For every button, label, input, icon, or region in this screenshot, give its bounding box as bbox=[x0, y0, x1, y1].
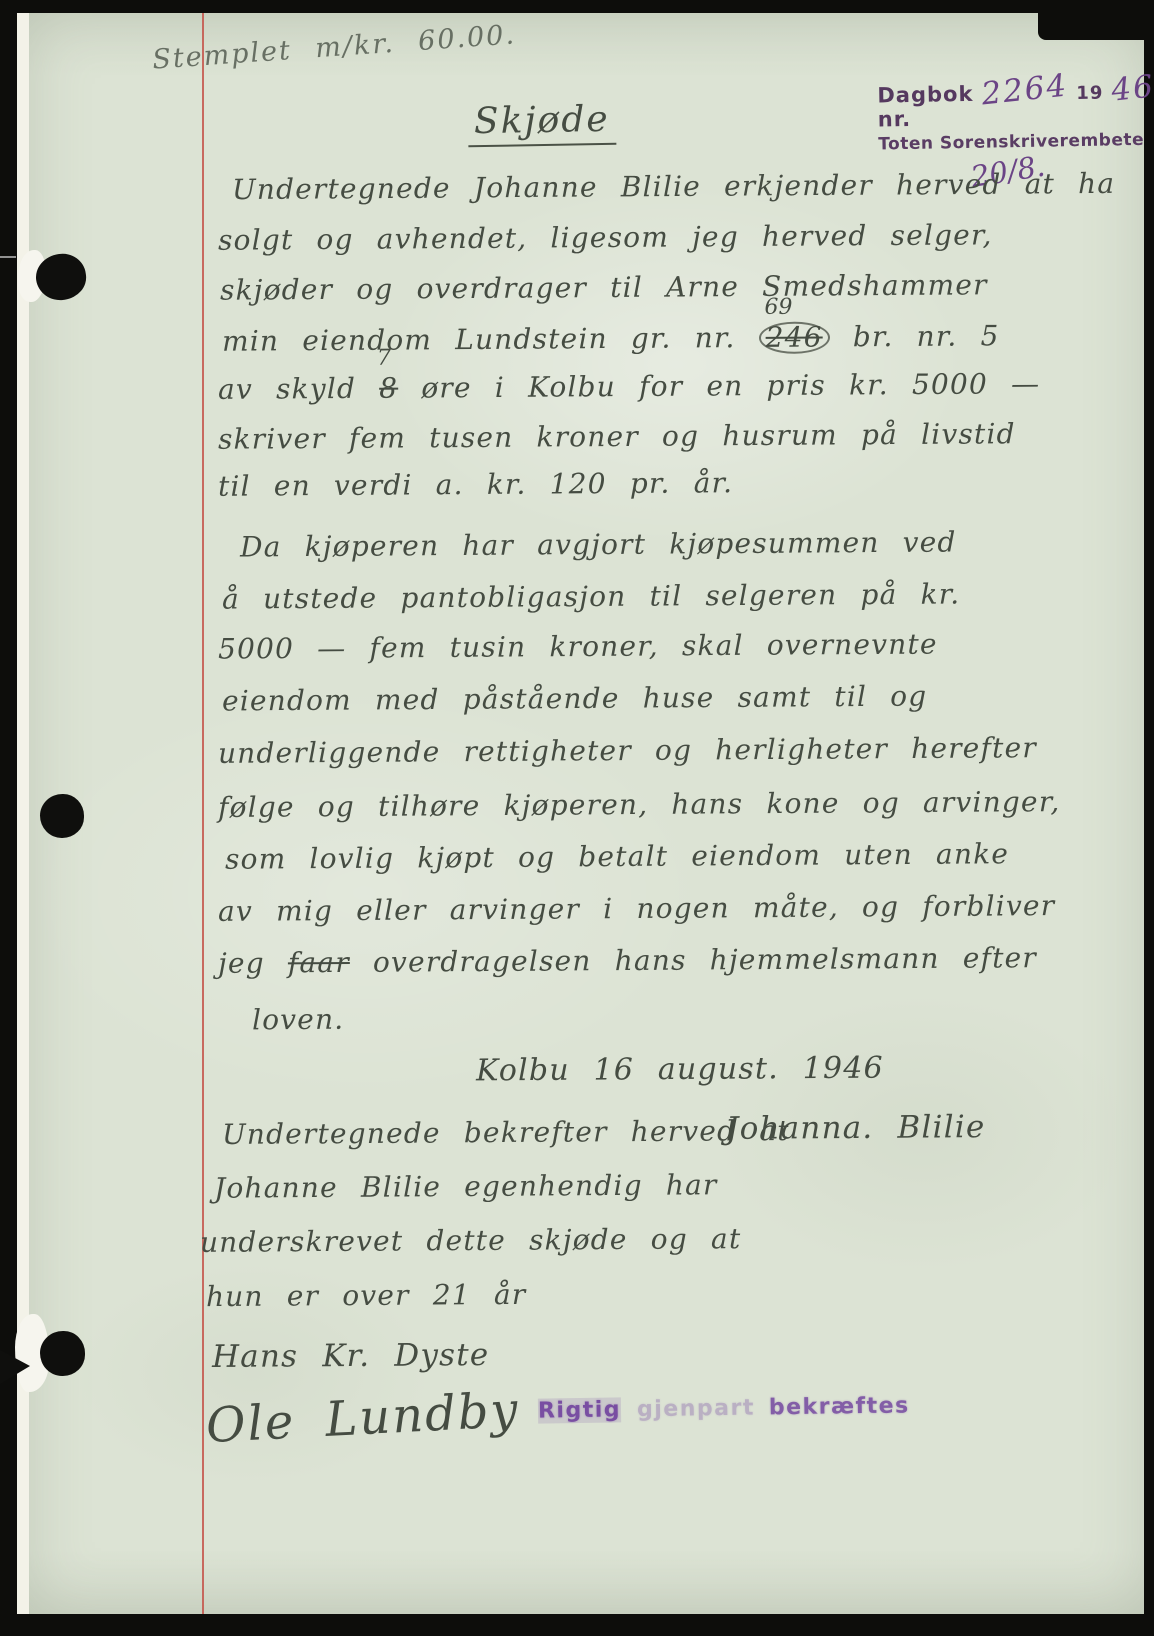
punch-hole-middle bbox=[40, 794, 84, 838]
daybook-label: Dagbok nr. bbox=[877, 82, 974, 132]
correction-above: 69 bbox=[764, 295, 792, 320]
deed-line: 5000 — fem tusin kroner, skal overnevnte bbox=[218, 627, 938, 665]
daybook-year-written: 46. bbox=[1110, 67, 1154, 109]
strikethrough-word: faar bbox=[288, 946, 350, 979]
daybook-office: Toten Sorenskriverembete bbox=[878, 129, 1154, 154]
attestation-line: underskrevet dette skjøde og at bbox=[200, 1222, 742, 1259]
deed-line: solgt og avhendet, ligesom jeg herved se… bbox=[218, 218, 993, 256]
deed-line: av skyld 87 øre i Kolbu for en pris kr. … bbox=[218, 367, 1040, 406]
scan-border-left bbox=[0, 0, 17, 1636]
strikethrough-number: 246 bbox=[759, 321, 830, 353]
deed-line: loven. bbox=[252, 1003, 345, 1037]
attestation-line: Undertegnede bekrefter herved at bbox=[222, 1114, 790, 1151]
deed-line: av mig eller arvinger i nogen måte, og f… bbox=[218, 889, 1055, 928]
deed-title: Skjøde bbox=[468, 99, 616, 148]
deed-line: eiendom med påstående huse samt til og bbox=[222, 680, 928, 718]
deed-line-text: øre i Kolbu for en pris kr. 5000 — bbox=[398, 367, 1040, 404]
attestation-line: hun er over 21 år bbox=[206, 1278, 527, 1313]
scan-border-top bbox=[0, 0, 1154, 13]
scanned-deed-page: Stemplet m/kr. 60.00. Dagbok nr. 2264 19… bbox=[0, 0, 1154, 1636]
seller-signature: Johanna. Blilie bbox=[726, 1109, 986, 1147]
red-margin-line bbox=[202, 12, 204, 1614]
deed-line-text: overdragelsen hans hjemmelsmann efter bbox=[350, 941, 1037, 979]
certification-stamp: Rigtiggjenpartbekræftes bbox=[538, 1393, 910, 1423]
strikethrough-number: 8 bbox=[379, 372, 398, 405]
deed-line: skriver fem tusen kroner og husrum på li… bbox=[218, 417, 1016, 456]
certification-word: Rigtig bbox=[538, 1397, 621, 1423]
deed-line-text: av skyld bbox=[218, 372, 379, 406]
edge-tear-wedge bbox=[0, 1350, 30, 1384]
deed-line: til en verdi a. kr. 120 pr. år. bbox=[218, 466, 733, 503]
scan-border-right bbox=[1144, 0, 1154, 1636]
scan-border-top-right bbox=[1038, 0, 1154, 40]
certification-word: gjenpart bbox=[637, 1396, 755, 1423]
witness-signature-1: Hans Kr. Dyste bbox=[212, 1337, 490, 1375]
daybook-number: 2264 bbox=[980, 68, 1070, 113]
deed-line: som lovlig kjøpt og betalt eiendom uten … bbox=[225, 837, 1009, 875]
deed-line: skjøder og overdrager til Arne Smedshamm… bbox=[220, 268, 988, 306]
daybook-year-printed: 19 bbox=[1076, 83, 1103, 104]
deed-line: Da kjøperen har avgjort kjøpesummen ved bbox=[240, 525, 957, 563]
deed-line: følge og tilhøre kjøperen, hans kone og … bbox=[218, 785, 1061, 824]
punch-hole-bottom bbox=[40, 1331, 85, 1376]
deed-line: å utstede pantobligasjon til selgeren på… bbox=[222, 577, 961, 615]
deed-line: min eiendom Lundstein gr. nr. 24669 br. … bbox=[222, 319, 1000, 357]
deed-line-text: jeg bbox=[218, 946, 288, 979]
scan-scratch-mark bbox=[0, 256, 16, 258]
deed-line-text: min eiendom Lundstein gr. nr. bbox=[222, 321, 759, 358]
attestation-line: Johanne Blilie egenhendig har bbox=[214, 1168, 718, 1205]
scan-border-bottom bbox=[0, 1614, 1154, 1636]
deed-line-text: br. nr. 5 bbox=[830, 319, 1000, 353]
correction-above: 7 bbox=[377, 346, 391, 371]
deed-line: underliggende rettigheter og herligheter… bbox=[218, 731, 1037, 770]
deed-line: jeg faar overdragelsen hans hjemmelsmann… bbox=[218, 941, 1037, 980]
deed-line: Undertegnede Johanne Blilie erkjender he… bbox=[232, 167, 1115, 206]
date-line: Kolbu 16 august. 1946 bbox=[476, 1051, 884, 1089]
certification-word: bekræftes bbox=[769, 1393, 910, 1420]
